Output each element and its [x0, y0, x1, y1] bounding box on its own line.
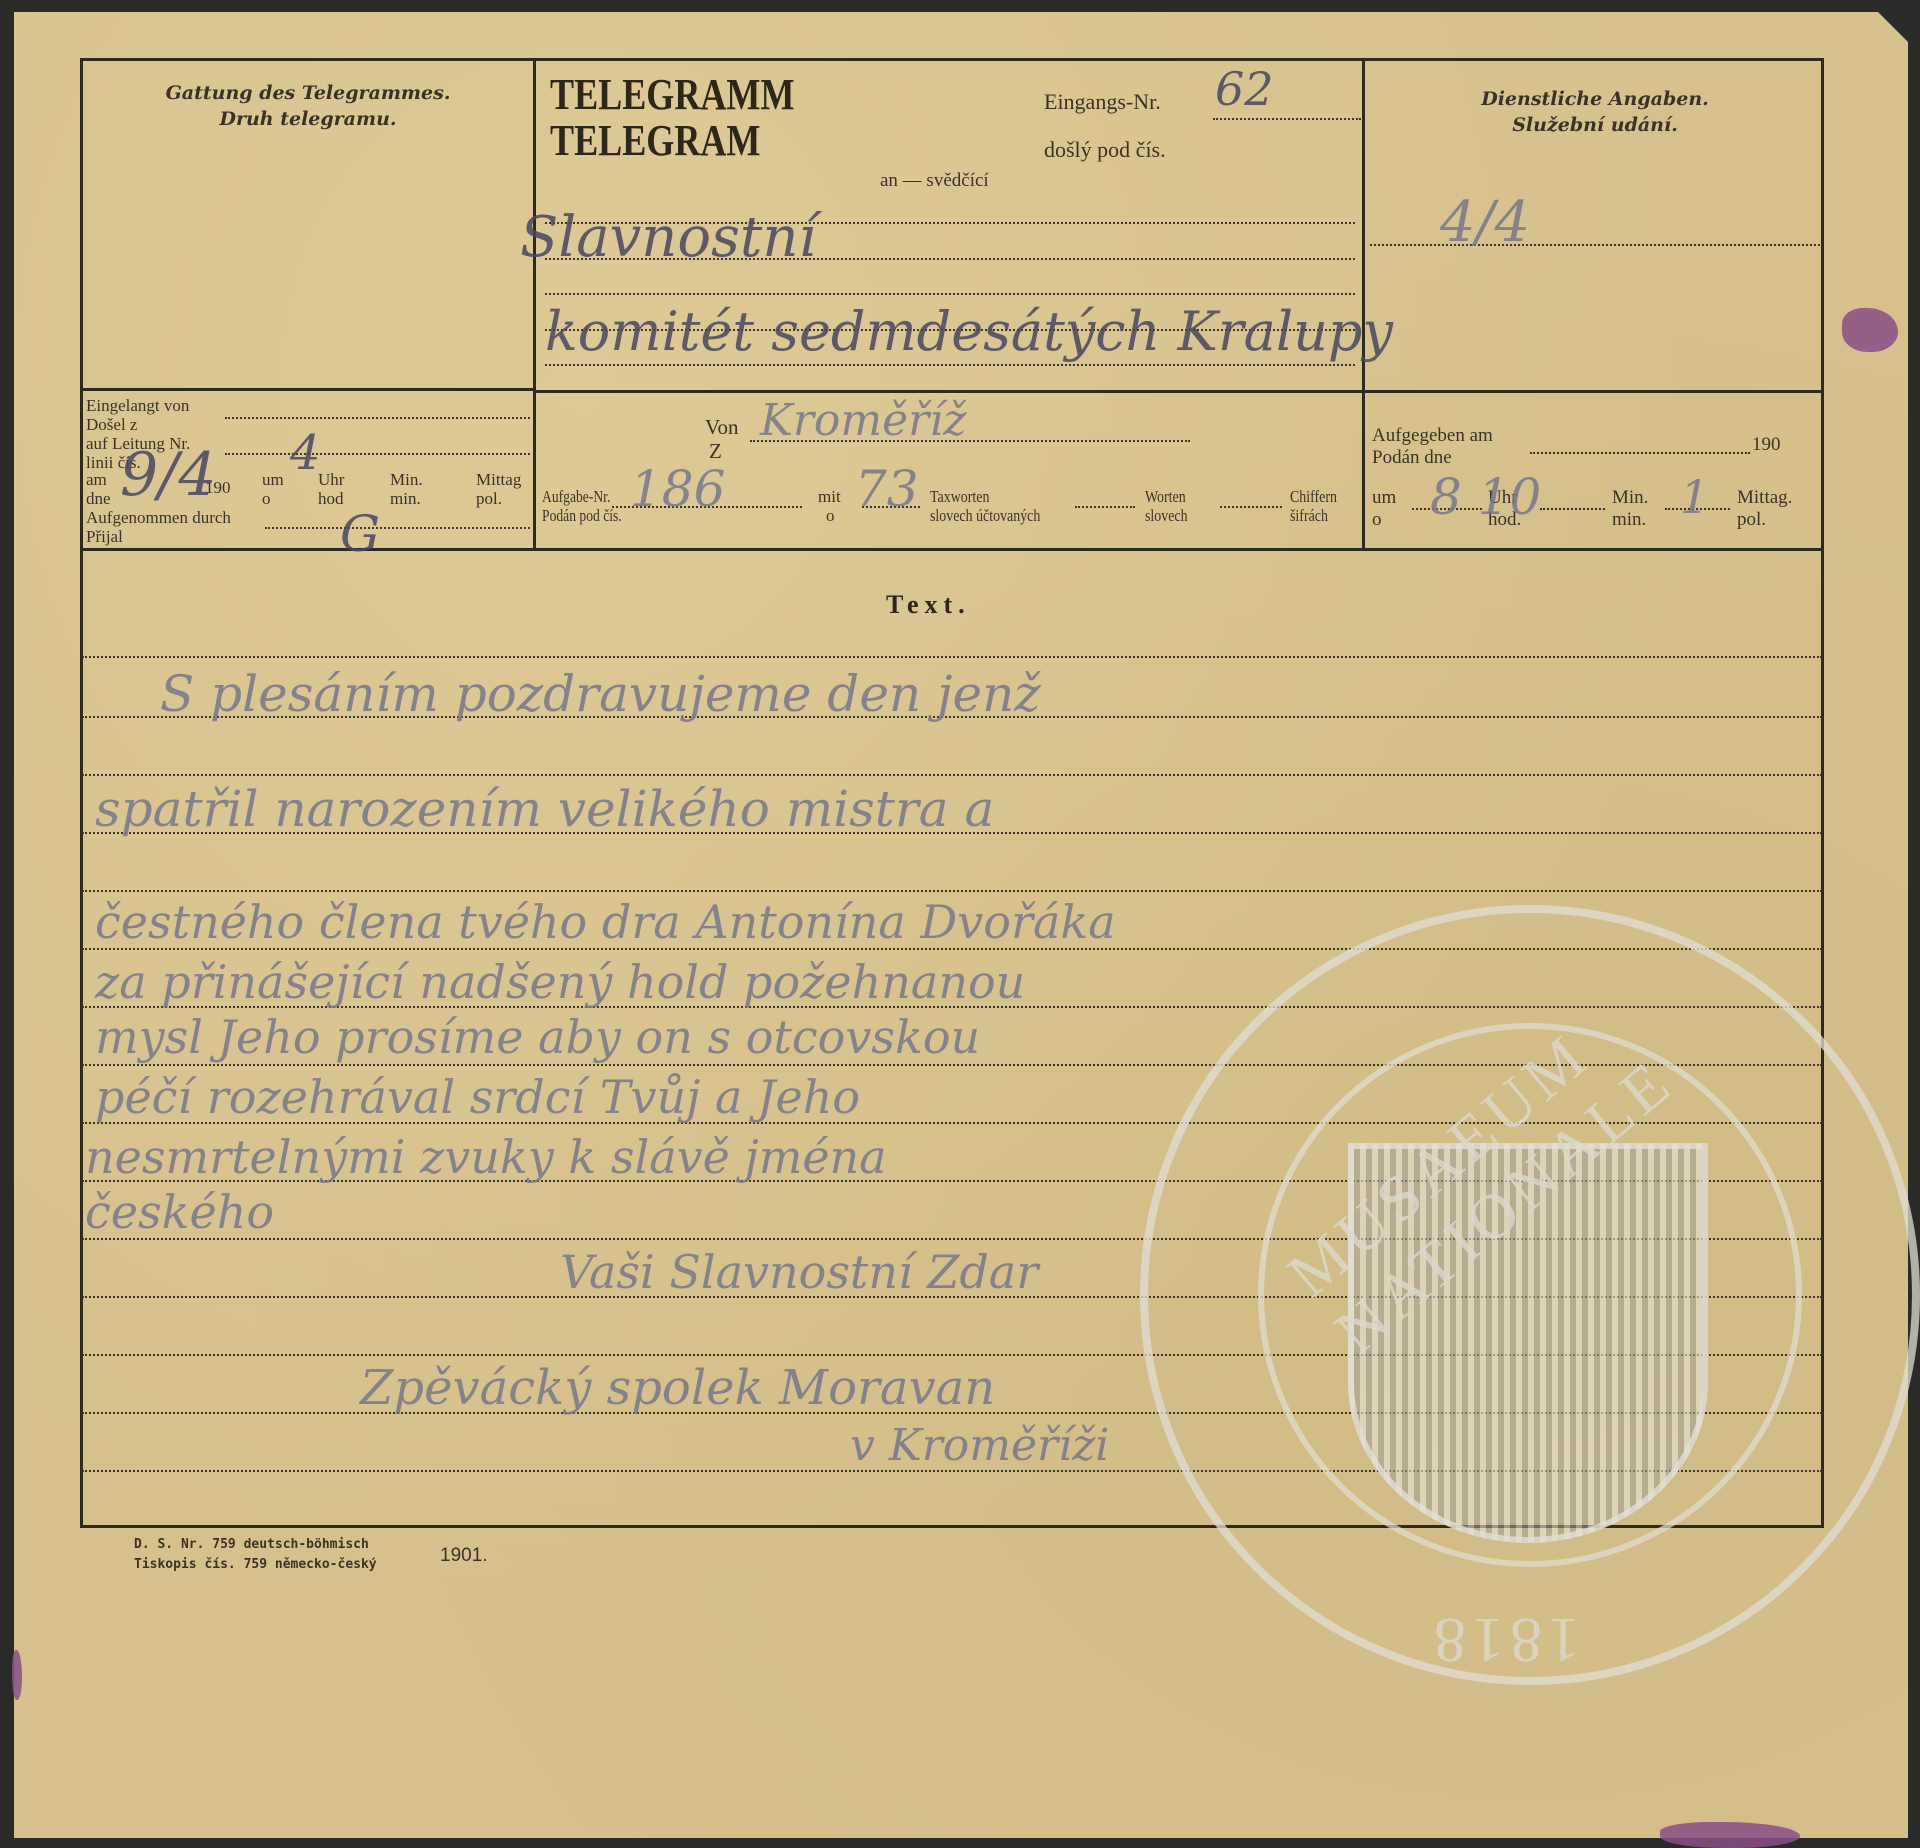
type-label-cz: Druh telegramu. — [80, 106, 536, 132]
received-min-de: Min. — [390, 470, 423, 489]
received-date-label: am dne — [86, 470, 111, 508]
origin-handwritten: Kroměříž — [760, 395, 966, 446]
title-de: TELEGRAMM — [550, 72, 795, 118]
eingangs-label-de: Eingangs-Nr. — [1044, 78, 1166, 126]
submitted-date-de: Aufgegeben am — [1372, 425, 1493, 447]
received-um-label: um o — [262, 470, 284, 508]
ink-stain-bottom — [1660, 1822, 1800, 1848]
with-cz: o — [818, 506, 841, 525]
message-line-4: za přinášející nadšený hold požehnanou — [95, 955, 1025, 1009]
ink-stain-left — [12, 1650, 22, 1700]
service-label-de: Dienstliche Angaben. — [1365, 86, 1825, 112]
telegram-type-label: Gattung des Telegrammes. Druh telegramu. — [80, 80, 536, 132]
message-closing: Vaši Slavnostní Zdar — [560, 1245, 1038, 1299]
service-line — [1370, 244, 1820, 246]
submitted-min-de: Min. — [1612, 487, 1648, 509]
submitted-um-label: um o — [1372, 487, 1396, 531]
message-signature-place: v Kroměříži — [850, 1420, 1109, 1471]
with-label: mit o — [818, 487, 841, 525]
cipher-de: Chiffern — [1290, 487, 1337, 506]
word-count-handwritten: 73 — [855, 460, 919, 518]
text-line-5 — [82, 890, 1822, 892]
submitted-noon-cz: pol. — [1737, 509, 1792, 531]
form-print-number: D. S. Nr. 759 deutsch-böhmisch Tiskopis … — [134, 1535, 377, 1575]
received-hour-de: Uhr — [318, 470, 344, 489]
received-by-field — [265, 527, 530, 529]
stamp-year: 1818 — [1428, 1603, 1580, 1677]
cipher-cz: šifrách — [1290, 506, 1337, 525]
cipher-field — [1220, 506, 1282, 508]
submission-number-label: Aufgabe-Nr. Podán pod čís. — [542, 487, 622, 525]
received-min-label: Min. min. — [390, 470, 423, 508]
submission-number-cz: Podán pod čís. — [542, 506, 622, 525]
type-label-de: Gattung des Telegrammes. — [80, 80, 536, 106]
received-hour-label: Uhr hod — [318, 470, 344, 508]
text-heading: Text. — [886, 590, 971, 620]
received-by-cz: Přijal — [86, 527, 231, 546]
origin-label-de: Von — [705, 415, 738, 439]
words-cz: slovech — [1145, 506, 1188, 525]
received-date-de: am — [86, 470, 111, 489]
with-de: mit — [818, 487, 841, 506]
received-min-cz: min. — [390, 489, 423, 508]
submitted-min-handwritten: 1 — [1680, 470, 1709, 524]
museum-embossed-stamp: MUSAEUM NATIONALE 1818 — [1140, 905, 1920, 1685]
words-label: Worten slovech — [1145, 487, 1188, 525]
submitted-um-de: um — [1372, 487, 1396, 509]
submitted-date-cz: Podán dne — [1372, 447, 1493, 469]
received-noon-de: Mittag — [476, 470, 521, 489]
message-line-6: péčí rozehrával srdcí Tvůj a Jeho — [95, 1070, 860, 1124]
submission-number-de: Aufgabe-Nr. — [542, 487, 622, 506]
divider-center-mid — [533, 390, 1824, 393]
addressee-line-3 — [545, 293, 1355, 295]
service-label-cz: Služební udání. — [1365, 112, 1825, 138]
divider-left-mid — [80, 388, 536, 391]
received-date-handwritten: 9/4 — [120, 440, 217, 510]
telegram-title: TELEGRAMM TELEGRAM — [550, 72, 795, 164]
message-line-8: českého — [85, 1185, 274, 1239]
received-um-de: um — [262, 470, 284, 489]
print-number-de: D. S. Nr. 759 deutsch-böhmisch — [134, 1535, 377, 1555]
service-handwritten-note: 4/4 — [1440, 190, 1530, 255]
tax-words-label: Taxworten slovech účtovaných — [930, 487, 1040, 525]
eingangs-label: Eingangs-Nr. došlý pod čís. — [1044, 78, 1166, 174]
message-line-7: nesmrtelnými zvuky k slávě jména — [85, 1130, 887, 1184]
text-line-3 — [82, 774, 1822, 776]
received-noon-cz: pol. — [476, 489, 521, 508]
message-line-3: čestného člena tvého dra Antonína Dvořák… — [95, 895, 1116, 949]
submitted-date-field — [1530, 452, 1750, 454]
submission-number-handwritten: 186 — [630, 460, 725, 518]
ink-stain-right — [1842, 308, 1898, 352]
cipher-label: Chiffern šifrách — [1290, 487, 1337, 525]
addressee-label: an — svědčící — [880, 170, 989, 192]
received-noon-label: Mittag pol. — [476, 470, 521, 508]
submitted-noon-label: Mittag. pol. — [1737, 487, 1792, 531]
eingangs-dotted — [1213, 118, 1361, 120]
eingangs-label-cz: došlý pod čís. — [1044, 126, 1166, 174]
line-number-field — [225, 453, 530, 455]
received-from-field — [225, 417, 530, 419]
tax-words-de: Taxworten — [930, 487, 1040, 506]
message-line-2: spatřil narozením velikého mistra a — [95, 780, 994, 838]
submitted-noon-de: Mittag. — [1737, 487, 1792, 509]
addressee-line-5 — [545, 364, 1355, 366]
received-by-de: Aufgenommen durch — [86, 508, 231, 527]
received-from-de: Eingelangt von — [86, 396, 189, 415]
received-by-label: Aufgenommen durch Přijal — [86, 508, 231, 546]
eingangs-number: 62 — [1215, 62, 1274, 116]
folded-corner — [1878, 12, 1908, 42]
title-cz: TELEGRAM — [550, 118, 795, 164]
received-um-cz: o — [262, 489, 284, 508]
submitted-hour-handwritten: 8 10 — [1430, 468, 1541, 526]
addressee-handwritten-1: Slavnostní — [520, 205, 816, 270]
message-line-1: S plesáním pozdravujeme den jenž — [160, 665, 1041, 723]
message-signature: Zpěvácký spolek Moravan — [360, 1360, 995, 1416]
submitted-year-prefix: 190 — [1752, 435, 1781, 454]
received-hour-handwritten: 4 — [290, 425, 321, 481]
received-from-cz: Došel z — [86, 415, 189, 434]
service-info-label: Dienstliche Angaben. Služební udání. — [1365, 86, 1825, 138]
words-field — [1075, 506, 1135, 508]
received-from-label: Eingelangt von Došel z — [86, 396, 189, 434]
message-line-5: mysl Jeho prosíme aby on s otcovskou — [95, 1010, 980, 1064]
text-line-1 — [82, 656, 1822, 658]
submitted-date-label: Aufgegeben am Podán dne — [1372, 425, 1493, 469]
submitted-min-label: Min. min. — [1612, 487, 1648, 531]
submitted-um-cz: o — [1372, 509, 1396, 531]
addressee-handwritten-2: komitét sedmdesátých Kralupy — [545, 300, 1393, 363]
print-number-cz: Tiskopis čís. 759 německo-český — [134, 1555, 377, 1575]
submitted-min-cz: min. — [1612, 509, 1648, 531]
received-date-cz: dne — [86, 489, 111, 508]
form-print-year: 1901. — [440, 1545, 488, 1567]
submitted-min-field — [1540, 508, 1605, 510]
words-de: Worten — [1145, 487, 1188, 506]
received-by-handwritten: G — [340, 505, 380, 563]
tax-words-cz: slovech účtovaných — [930, 506, 1040, 525]
origin-label: Von Z — [705, 415, 738, 463]
